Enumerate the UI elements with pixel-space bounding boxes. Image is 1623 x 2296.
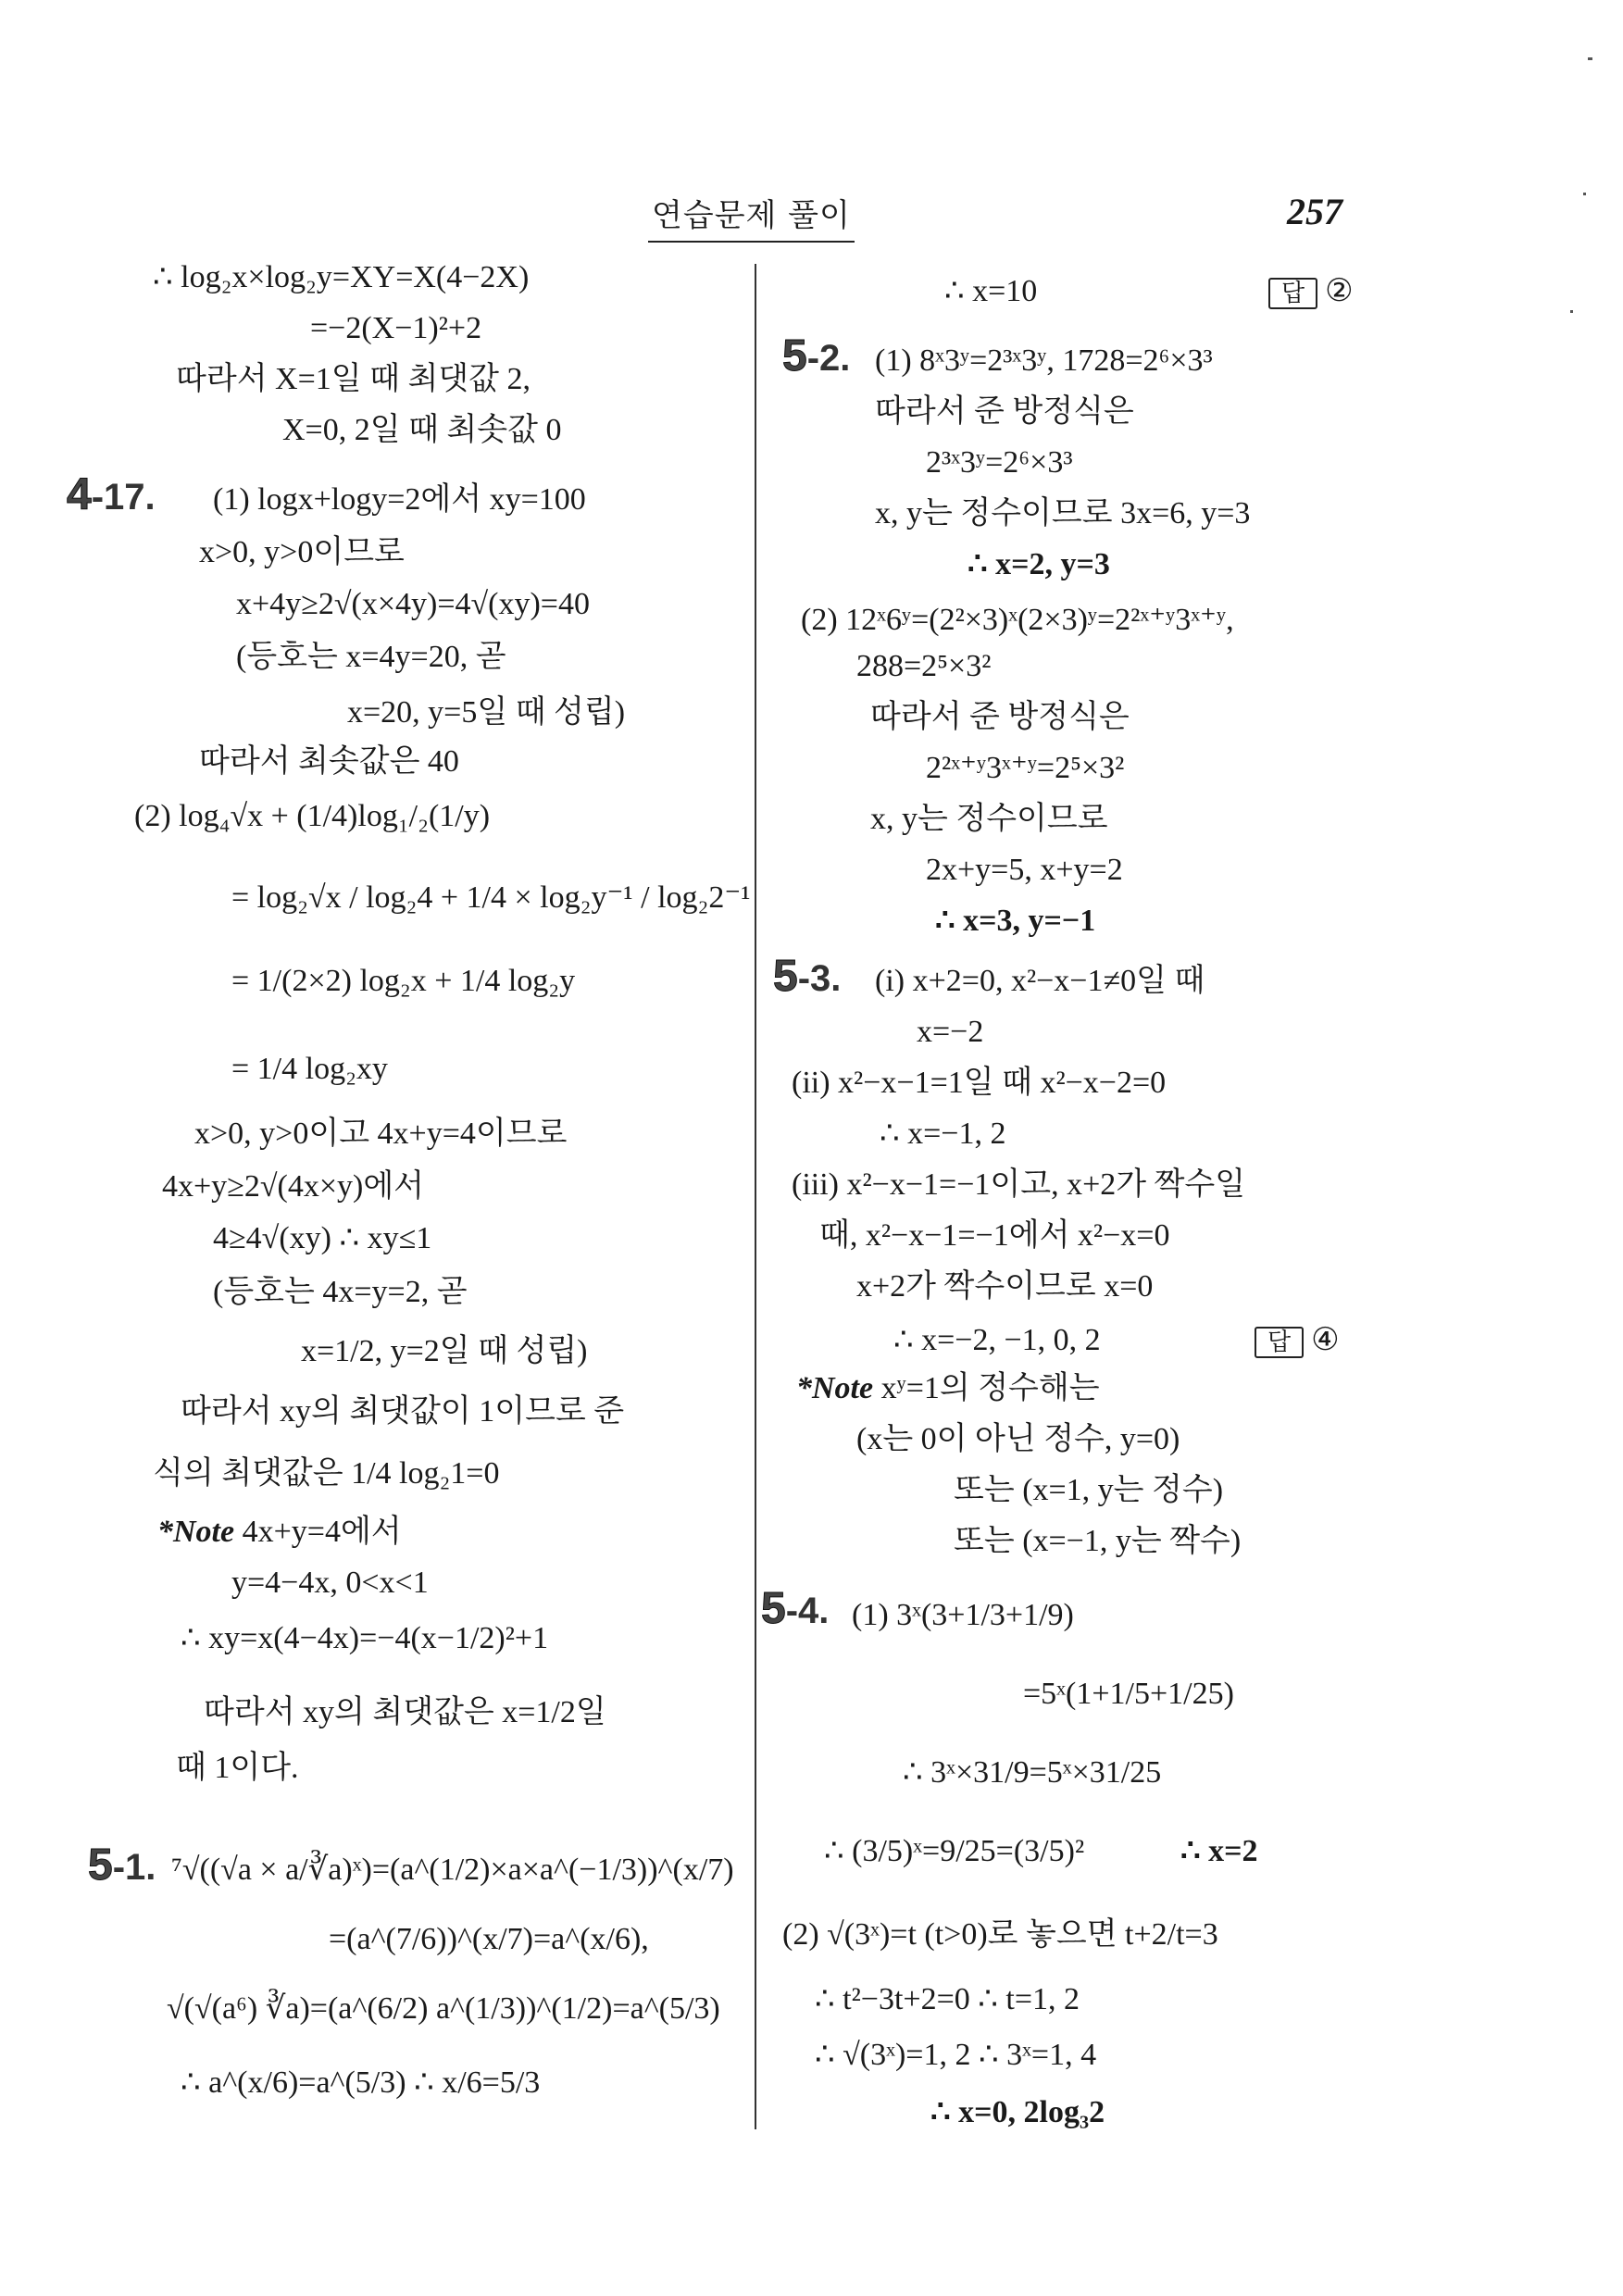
solution-line: 또는 (x=1, y는 정수) — [954, 1472, 1223, 1509]
solution-line: 따라서 최솟값은 40 — [199, 743, 459, 780]
solution-line: = 1/4 log₂xy — [231, 1051, 388, 1088]
solution-line: (x는 0이 아닌 정수, y=0) — [856, 1421, 1180, 1458]
solution-line: x=−2 — [917, 1014, 983, 1051]
problem-number-label: 5-2. — [782, 338, 850, 377]
solution-line: x=1/2, y=2일 때 성립) — [301, 1333, 588, 1370]
scan-edge-mark — [1588, 57, 1592, 60]
solution-line: x>0, y>0이고 4x+y=4이므로 — [194, 1116, 567, 1153]
scan-edge-mark — [1583, 193, 1586, 195]
problem-chapter-number: 4 — [67, 470, 92, 519]
solution-line: 4≥4√(xy) ∴ xy≤1 — [213, 1220, 431, 1257]
result-line: ∴ x=0, 2log₃2 — [930, 2094, 1105, 2131]
note-label: *Note — [796, 1371, 881, 1405]
solution-line: (i) x+2=0, x²−x−1≠0일 때 — [875, 963, 1205, 1000]
solution-line: x=20, y=5일 때 성립) — [347, 694, 625, 731]
solution-line: 따라서 준 방정식은 — [875, 393, 1134, 430]
page-number: 257 — [1287, 190, 1342, 233]
solution-line: x+4y≥2√(x×4y)=4√(xy)=40 — [236, 586, 590, 623]
solution-line: (2) √(3ˣ)=t (t>0)로 놓으면 t+2/t=3 — [782, 1916, 1218, 1953]
answer-box-label: 답 — [1255, 1327, 1304, 1358]
solution-line: x, y는 정수이므로 — [870, 801, 1108, 838]
answer-marker: 답④ — [1255, 1322, 1340, 1359]
note-line: *Note 4x+y=4에서 — [157, 1514, 402, 1551]
solution-line: 2x+y=5, x+y=2 — [926, 852, 1123, 889]
solution-line: X=0, 2일 때 최솟값 0 — [282, 412, 561, 449]
column-divider — [755, 264, 756, 2129]
solution-line: x+2가 짝수이므로 x=0 — [856, 1268, 1153, 1305]
solution-line: x, y는 정수이므로 3x=6, y=3 — [875, 495, 1250, 532]
solution-line: =(a^(7/6))^(x/7)=a^(x/6), — [329, 1921, 649, 1958]
solution-line: (등호는 x=4y=20, 곧 — [236, 639, 506, 676]
solution-line: (2) 12ˣ6ʸ=(2²×3)ˣ(2×3)ʸ=2²ˣ⁺ʸ3ˣ⁺ʸ, — [801, 602, 1234, 639]
solution-line: √(√(a⁶) ∛a)=(a^(6/2) a^(1/3))^(1/2)=a^(5… — [167, 1990, 720, 2028]
problem-number-label: 4-17. — [67, 477, 156, 516]
problem-sub-number: -2. — [807, 338, 851, 379]
solution-line: (iii) x²−x−1=−1이고, x+2가 짝수일 — [792, 1167, 1245, 1204]
solution-line: (1) 3ˣ(3+1/3+1/9) — [852, 1597, 1074, 1634]
solution-line: 2²ˣ⁺ʸ3ˣ⁺ʸ=2⁵×3² — [926, 750, 1124, 787]
answer-box-label: 답 — [1268, 278, 1317, 309]
problem-number-label: 5-1. — [88, 1847, 156, 1886]
problem-chapter-number: 5 — [782, 331, 807, 381]
solution-line: ∴ x=10 — [944, 273, 1037, 310]
solution-line: =−2(X−1)²+2 — [310, 310, 481, 347]
problem-sub-number: -4. — [786, 1591, 830, 1631]
solution-line: 따라서 xy의 최댓값은 x=1/2일 — [204, 1694, 606, 1731]
solution-line: ∴ (3/5)ˣ=9/25=(3/5)² — [824, 1833, 1084, 1870]
note-label: *Note — [157, 1515, 243, 1549]
note-text: 4x+y=4에서 — [243, 1515, 402, 1549]
answer-marker: 답② — [1268, 273, 1354, 310]
result-line: ∴ x=3, y=−1 — [935, 903, 1095, 940]
answer-choice: ④ — [1311, 1323, 1339, 1357]
problem-chapter-number: 5 — [773, 952, 798, 1001]
result-line: ∴ x=2 — [1180, 1833, 1258, 1870]
solution-line: (ii) x²−x−1=1일 때 x²−x−2=0 — [792, 1065, 1166, 1102]
solution-line: 식의 최댓값은 1/4 log₂1=0 — [153, 1455, 500, 1492]
solution-line: ∴ xy=x(4−4x)=−4(x−1/2)²+1 — [181, 1620, 548, 1657]
note-text: xʸ=1의 정수해는 — [881, 1371, 1100, 1405]
solution-line: (1) logx+logy=2에서 xy=100 — [213, 481, 586, 518]
problem-sub-number: -17. — [92, 477, 156, 518]
note-line: *Note xʸ=1의 정수해는 — [796, 1370, 1100, 1407]
solution-line: y=4−4x, 0<x<1 — [231, 1565, 429, 1602]
solution-line: 때, x²−x−1=−1에서 x²−x=0 — [819, 1217, 1169, 1254]
solution-line: = log₂√x / log₂4 + 1/4 × log₂y⁻¹ / log₂2… — [231, 880, 751, 917]
solution-line: 따라서 xy의 최댓값이 1이므로 준 — [181, 1393, 624, 1430]
solution-line: 2³ˣ3ʸ=2⁶×3³ — [926, 444, 1073, 481]
problem-sub-number: -1. — [113, 1847, 156, 1888]
solution-line: ∴ t²−3t+2=0 ∴ t=1, 2 — [815, 1981, 1080, 2018]
problem-chapter-number: 5 — [761, 1584, 786, 1633]
problem-chapter-number: 5 — [88, 1841, 113, 1890]
solution-line: = 1/(2×2) log₂x + 1/4 log₂y — [231, 963, 575, 1000]
solution-line: ∴ x=−2, −1, 0, 2 — [893, 1322, 1101, 1359]
solution-line: ∴ log₂x×log₂y=XY=X(4−2X) — [153, 259, 529, 296]
solution-line: ⁷√((√a × a/∛a)ˣ)=(a^(1/2)×a×a^(−1/3))^(x… — [171, 1852, 734, 1889]
solution-line: 4x+y≥2√(4x×y)에서 — [162, 1168, 424, 1205]
page-header-title: 연습문제 풀이 — [648, 190, 855, 243]
result-line: ∴ x=2, y=3 — [968, 546, 1110, 583]
solution-line: ∴ √(3ˣ)=1, 2 ∴ 3ˣ=1, 4 — [815, 2037, 1096, 2074]
solution-line: 288=2⁵×3² — [856, 648, 991, 685]
solution-line: ∴ x=−1, 2 — [880, 1116, 1005, 1153]
solution-line: ∴ a^(x/6)=a^(5/3) ∴ x/6=5/3 — [181, 2065, 540, 2102]
solution-line: =5ˣ(1+1/5+1/25) — [1023, 1676, 1234, 1713]
problem-number-label: 5-4. — [761, 1591, 829, 1629]
solution-line: x>0, y>0이므로 — [199, 534, 405, 571]
solution-line: (1) 8ˣ3ʸ=2³ˣ3ʸ, 1728=2⁶×3³ — [875, 343, 1213, 380]
solution-line: 따라서 X=1일 때 최댓값 2, — [176, 361, 531, 398]
solution-line: (2) log₄√x + (1/4)log₁/₂(1/y) — [134, 798, 490, 835]
solution-line: (등호는 4x=y=2, 곧 — [213, 1274, 468, 1311]
scan-edge-mark — [1570, 310, 1573, 313]
answer-choice: ② — [1325, 274, 1353, 308]
problem-sub-number: -3. — [798, 958, 842, 999]
solution-line: 또는 (x=−1, y는 짝수) — [954, 1523, 1241, 1560]
solution-line: 따라서 준 방정식은 — [870, 699, 1130, 736]
solution-line: 때 1이다. — [176, 1750, 299, 1787]
problem-number-label: 5-3. — [773, 958, 841, 997]
solution-line: ∴ 3ˣ×31/9=5ˣ×31/25 — [903, 1754, 1161, 1791]
